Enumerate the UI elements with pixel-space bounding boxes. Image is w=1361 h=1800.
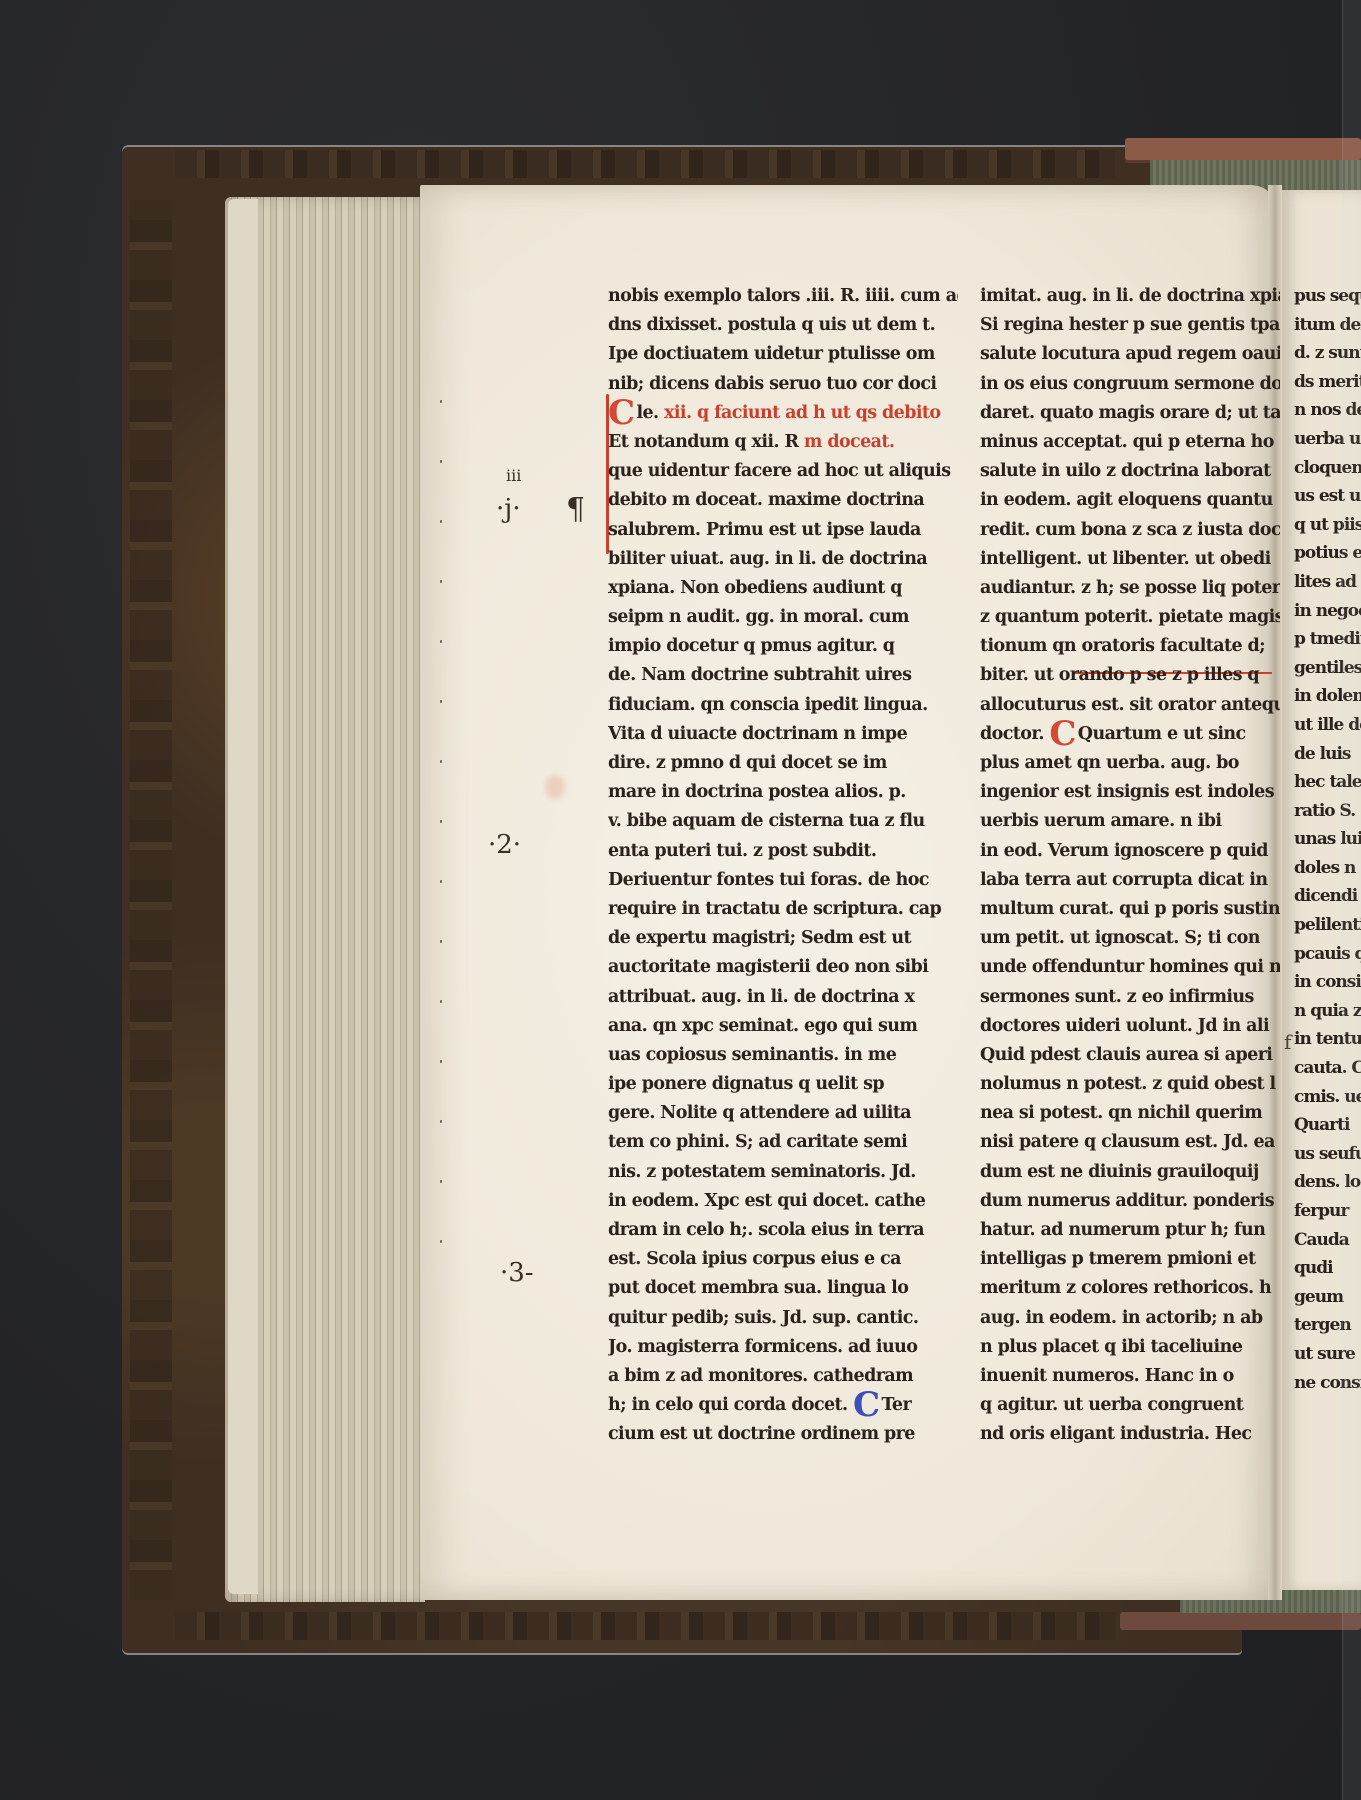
text-line: audiantur. z h; se posse liq poter	[980, 574, 1280, 603]
text-line: cium est ut doctrine ordinem pre	[608, 1420, 958, 1449]
text-line: dram in celo h;. scola eius in terra	[608, 1216, 958, 1245]
margin-note-2: ·2·	[488, 830, 521, 860]
facing-margin-mark: f	[1284, 1030, 1291, 1054]
text-line: meritum z colores rethoricos. h	[980, 1274, 1280, 1303]
text-line: intelligas p tmerem pmioni et	[980, 1245, 1280, 1274]
text-line: dum est ne diuinis grauiloquij	[980, 1158, 1280, 1187]
text-line: de. Nam doctrine subtrahit uires	[608, 661, 958, 690]
text-line: n plus placet q ibi taceliuine	[980, 1333, 1280, 1362]
text-line: plus amet qn uerba. aug. bo	[980, 749, 1280, 778]
rubric-text: xii. q faciunt ad h ut qs debito	[664, 403, 940, 423]
text-line-blue-initial: h; in celo qui corda docet. CTer	[608, 1391, 958, 1420]
text-line: laba terra aut corrupta dicat in	[980, 866, 1280, 895]
text-line: intelligent. ut libenter. ut obedi	[980, 545, 1280, 574]
text-line: unde offenduntur homines qui n	[980, 953, 1280, 982]
text-line: nis. z potestatem seminatoris. Jd.	[608, 1158, 958, 1187]
text-line: put docet membra sua. lingua lo	[608, 1274, 958, 1303]
text-line: gere. Nolite q attendere ad uilita	[608, 1099, 958, 1128]
text-line-rubric: Et notandum q xii. R m doceat.	[608, 428, 958, 457]
text-line: biter. ut orando p se z p illes q	[980, 661, 1280, 690]
text-line: require in tractatu de scriptura. cap	[608, 895, 958, 924]
text-line: nib; dicens dabis seruo tuo cor doci	[608, 370, 958, 399]
blue-initial: C	[853, 1393, 879, 1417]
text-line: Jo. magisterra formicens. ad iuuo	[608, 1333, 958, 1362]
glass-plate-edge	[1342, 0, 1361, 1800]
ink-stain	[545, 775, 565, 799]
text-line: xpiana. Non obediens audiunt q	[608, 574, 958, 603]
text-line-red-initial: doctor. CQuartum e ut sinc	[980, 720, 1280, 749]
text-line: sermones sunt. z eo infirmius	[980, 983, 1280, 1012]
text-line: uerbis uerum amare. n ibi	[980, 807, 1280, 836]
text-line: ingenior est insignis est indoles	[980, 778, 1280, 807]
text-line: auctoritate magisterii deo non sibi	[608, 953, 958, 982]
margin-note-1: ·j·	[496, 494, 521, 524]
text-line: salute locutura apud regem oauit	[980, 340, 1280, 369]
text-line: Deriuentur fontes tui foras. de hoc	[608, 866, 958, 895]
text-line: tionum qn oratoris facultate d;	[980, 632, 1280, 661]
red-initial: C	[608, 401, 634, 425]
margin-note-superscript: iii	[506, 466, 521, 485]
text-line: doctores uideri uolunt. Jd in ali	[980, 1012, 1280, 1041]
text-column-left: nobis exemplo talors .iii. R. iiii. cum …	[608, 282, 958, 1450]
text-line: attribuat. aug. in li. de doctrina x	[608, 983, 958, 1012]
text-line: nolumus n potest. z quid obest l	[980, 1070, 1280, 1099]
text-line: minus acceptat. qui p eterna ho	[980, 428, 1280, 457]
text-line: in os eius congruum sermone do	[980, 370, 1280, 399]
page-block-lip	[228, 199, 258, 1594]
rubric-text: m doceat.	[804, 432, 894, 452]
text-line: q agitur. ut uerba congruent	[980, 1391, 1280, 1420]
text-line: Vita d uiuacte doctrinam n impe	[608, 720, 958, 749]
headband-bottom	[1120, 1612, 1361, 1630]
text-line: in eodem. agit eloquens quantu	[980, 486, 1280, 515]
text-line: multum curat. qui p poris sustin	[980, 895, 1280, 924]
text-line: nea si potest. qn nichil querim	[980, 1099, 1280, 1128]
text-line: allocuturus est. sit orator antequa	[980, 691, 1280, 720]
red-initial: C	[1049, 722, 1075, 746]
text-line: est. Scola ipius corpus eius e ca	[608, 1245, 958, 1274]
text-line: nd oris eligant industria. Hec	[980, 1420, 1280, 1449]
text-line: ana. qn xpc seminat. ego qui sum	[608, 1012, 958, 1041]
text-line: uas copiosus seminantis. in me	[608, 1041, 958, 1070]
tooled-border-top	[175, 150, 1115, 178]
text-line: mare in doctrina postea alios. p.	[608, 778, 958, 807]
text-line: seipm n audit. gg. in moral. cum	[608, 603, 958, 632]
text-line: de expertu magistri; Sedm est ut	[608, 924, 958, 953]
text-line: biliter uiuat. aug. in li. de doctrina	[608, 545, 958, 574]
text-column-right: imitat. aug. in li. de doctrina xpiana S…	[980, 282, 1280, 1450]
text-line: salute in uilo z doctrina laborat	[980, 457, 1280, 486]
text-line: aug. in eodem. in actorib; n ab	[980, 1304, 1280, 1333]
text-line: daret. quato magis orare d; ut tali	[980, 399, 1280, 428]
headband-top	[1125, 138, 1361, 160]
text-line: um petit. ut ignoscat. S; ti con	[980, 924, 1280, 953]
text-line: in eodem. Xpc est qui docet. cathe	[608, 1187, 958, 1216]
tooled-border-left	[130, 200, 172, 1600]
tooled-border-bottom	[175, 1612, 1115, 1640]
text-line: inuenit numeros. Hanc in o	[980, 1362, 1280, 1391]
text-line: impio docetur q pmus agitur. q	[608, 632, 958, 661]
paragraph-mark-icon: ¶	[566, 492, 585, 527]
text-line: Si regina hester p sue gentis tpali	[980, 311, 1280, 340]
text-line: que uidentur facere ad hoc ut aliquis	[608, 457, 958, 486]
text-line: dum numerus additur. ponderis	[980, 1187, 1280, 1216]
text-line: imitat. aug. in li. de doctrina xpiana	[980, 282, 1280, 311]
text-line: z quantum poterit. pietate magis	[980, 603, 1280, 632]
text-line-rubric: Cle. xii. q faciunt ad h ut qs debito	[608, 399, 958, 428]
text-line: dire. z pmno d qui docet se im	[608, 749, 958, 778]
text-line: nobis exemplo talors .iii. R. iiii. cum …	[608, 282, 958, 311]
text-line: Quid pdest clauis aurea si aperi	[980, 1041, 1280, 1070]
text-line: tem co phini. S; ad caritate semi	[608, 1128, 958, 1157]
text-line: quitur pedib; suis. Jd. sup. cantic.	[608, 1304, 958, 1333]
text-line: dns dixisset. postula q uis ut dem t.	[608, 311, 958, 340]
margin-note-3: ·3-	[500, 1258, 534, 1288]
text-line: redit. cum bona z sca z iusta doc	[980, 516, 1280, 545]
text-line: salubrem. Primu est ut ipse lauda	[608, 516, 958, 545]
text-line: fiduciam. qn conscia ipedit lingua.	[608, 691, 958, 720]
text-line: in eod. Verum ignoscere p quid	[980, 837, 1280, 866]
text-line: debito m doceat. maxime doctrina	[608, 486, 958, 515]
text-line: nisi patere q clausum est. Jd. ea	[980, 1128, 1280, 1157]
text-line: v. bibe aquam de cisterna tua z flu	[608, 807, 958, 836]
text-line: Ipe doctiuatem uidetur ptulisse om	[608, 340, 958, 369]
text-line: enta puteri tui. z post subdit.	[608, 837, 958, 866]
text-line: hatur. ad numerum ptur h; fun	[980, 1216, 1280, 1245]
text-line: ipe ponere dignatus q uelit sp	[608, 1070, 958, 1099]
text-line: a bim z ad monitores. cathedram	[608, 1362, 958, 1391]
